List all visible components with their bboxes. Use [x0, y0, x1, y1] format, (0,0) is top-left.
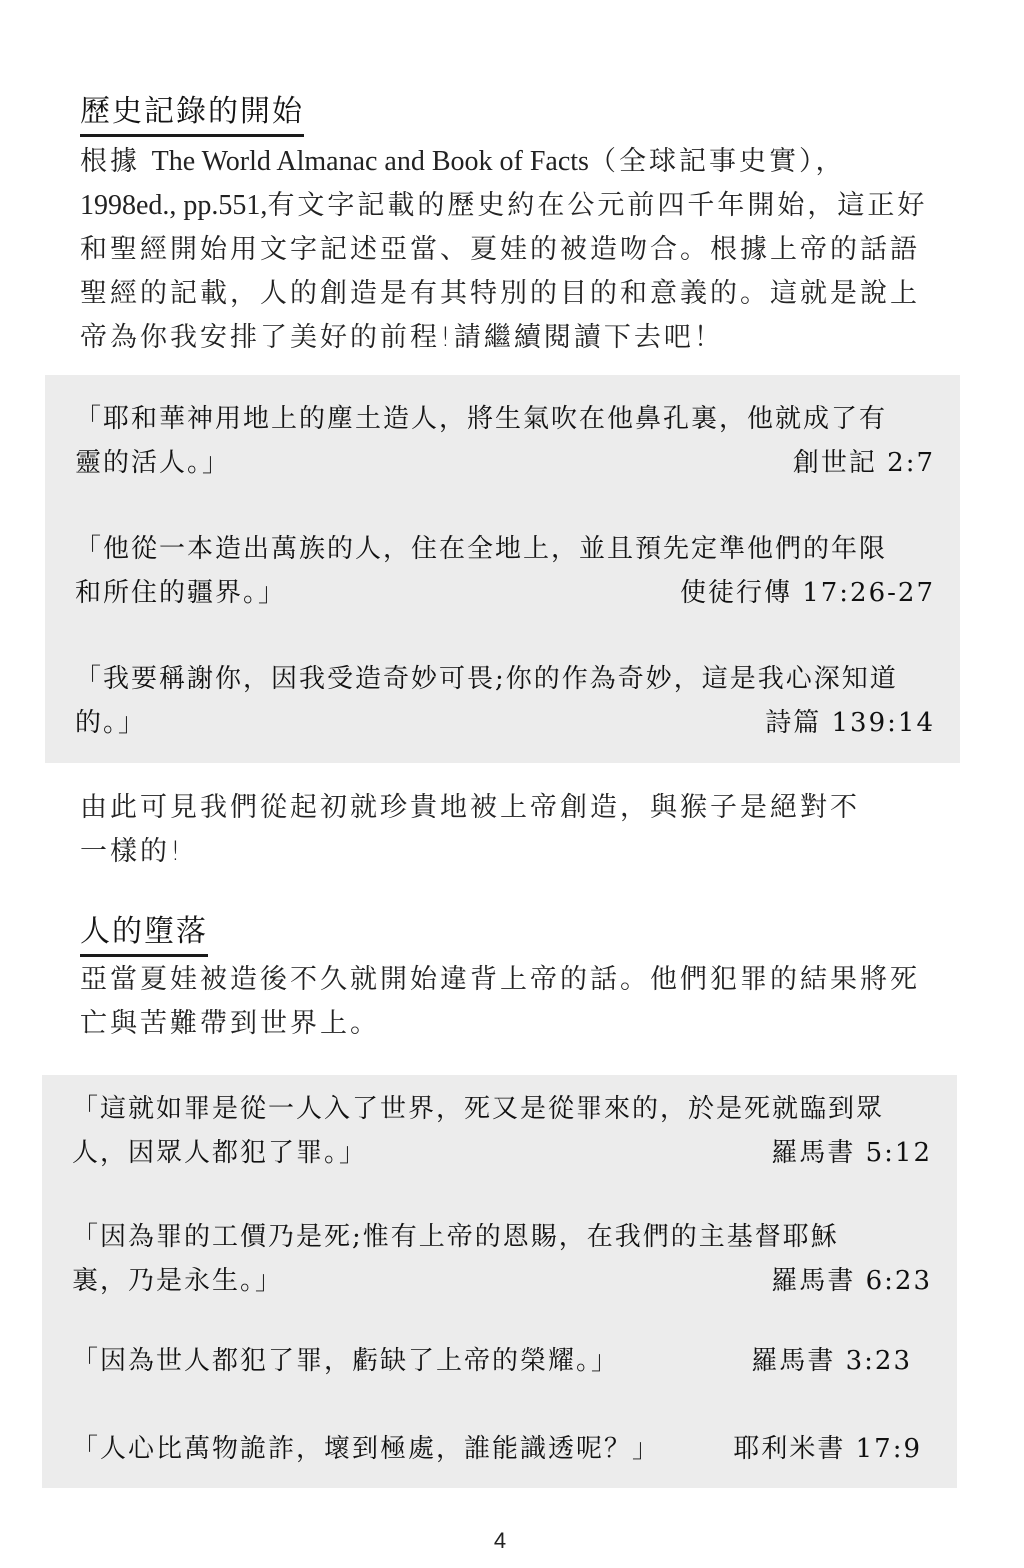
- scripture-quote-box-sin: 「這就如罪是從一人入了世界，死又是從罪來的，於是死就臨到眾 人，因眾人都犯了罪。…: [42, 1075, 957, 1488]
- scripture-reference: 使徒行傳 17:26-27: [680, 571, 935, 615]
- quote-line: 靈的活人。」 創世記 2:7: [75, 441, 935, 485]
- paragraph-line: 聖經的記載，人的創造是有其特別的目的和意義的。這就是說上: [80, 272, 950, 316]
- paragraph-line: 由此可見我們從起初就珍貴地被上帝創造，與猴子是絕對不: [80, 786, 950, 830]
- quote-line: 「因為世人都犯了罪，虧缺了上帝的榮耀。」 羅馬書 3:23: [72, 1339, 932, 1383]
- scripture-quote-psalms: 「我要稱謝你，因我受造奇妙可畏;你的作為奇妙，這是我心深知道 的。」 詩篇 13…: [75, 657, 935, 745]
- quote-line: 裏，乃是永生。」 羅馬書 6:23: [72, 1259, 932, 1303]
- history-paragraph: 根據 The World Almanac and Book of Facts（全…: [80, 140, 950, 360]
- paragraph-line: 亞當夏娃被造後不久就開始違背上帝的話。他們犯罪的結果將死: [80, 958, 950, 1002]
- scripture-reference: 羅馬書 6:23: [771, 1259, 932, 1303]
- quote-line: 「耶和華神用地上的塵土造人，將生氣吹在他鼻孔裏，他就成了有: [75, 397, 935, 441]
- quote-line: 「我要稱謝你，因我受造奇妙可畏;你的作為奇妙，這是我心深知道: [75, 657, 935, 701]
- quote-line: 「因為罪的工價乃是死;惟有上帝的恩賜，在我們的主基督耶穌: [72, 1215, 932, 1259]
- section-heading-fall: 人的墮落: [80, 912, 208, 957]
- quote-line: 「這就如罪是從一人入了世界，死又是從罪來的，於是死就臨到眾: [72, 1087, 932, 1131]
- quote-line: 「人心比萬物詭詐，壞到極處，誰能識透呢？」 耶利米書 17:9: [72, 1427, 932, 1471]
- quote-line: 人，因眾人都犯了罪。」 羅馬書 5:12: [72, 1131, 932, 1175]
- quote-text: 的。」: [75, 708, 146, 738]
- scripture-quote-romans-5-12: 「這就如罪是從一人入了世界，死又是從罪來的，於是死就臨到眾 人，因眾人都犯了罪。…: [72, 1087, 932, 1175]
- page-number: 4: [0, 1528, 1000, 1554]
- scripture-quote-romans-3-23: 「因為世人都犯了罪，虧缺了上帝的榮耀。」 羅馬書 3:23: [72, 1339, 932, 1383]
- paragraph-line: 和聖經開始用文字記述亞當、夏娃的被造吻合。根據上帝的話語: [80, 228, 950, 272]
- paragraph-line: 1998ed., pp.551,有文字記載的歷史約在公元前四千年開始，這正好: [80, 184, 950, 228]
- quote-text: 人，因眾人都犯了罪。」: [72, 1138, 367, 1168]
- section-heading-history: 歷史記錄的開始: [80, 92, 304, 137]
- scripture-quote-genesis: 「耶和華神用地上的塵土造人，將生氣吹在他鼻孔裏，他就成了有 靈的活人。」 創世記…: [75, 397, 935, 485]
- scripture-reference: 羅馬書 5:12: [771, 1131, 932, 1175]
- quote-line: 「他從一本造出萬族的人，住在全地上，並且預先定準他們的年限: [75, 527, 935, 571]
- paragraph-line: 亡與苦難帶到世界上。: [80, 1002, 950, 1046]
- quote-line: 和所住的疆界。」 使徒行傳 17:26-27: [75, 571, 935, 615]
- scripture-quote-romans-6-23: 「因為罪的工價乃是死;惟有上帝的恩賜，在我們的主基督耶穌 裏，乃是永生。」 羅馬…: [72, 1215, 932, 1303]
- scripture-quote-jeremiah: 「人心比萬物詭詐，壞到極處，誰能識透呢？」 耶利米書 17:9: [72, 1427, 932, 1471]
- conclusion-paragraph: 由此可見我們從起初就珍貴地被上帝創造，與猴子是絕對不 一樣的!: [80, 786, 950, 874]
- quote-text: 「人心比萬物詭詐，壞到極處，誰能識透呢？」: [72, 1434, 660, 1464]
- scripture-reference: 羅馬書 3:23: [751, 1339, 912, 1383]
- quote-text: 靈的活人。」: [75, 448, 230, 478]
- scripture-quote-box-creation: 「耶和華神用地上的塵土造人，將生氣吹在他鼻孔裏，他就成了有 靈的活人。」 創世記…: [45, 375, 960, 763]
- citation: 1998ed., pp.551,: [80, 190, 267, 221]
- scripture-reference: 詩篇 139:14: [765, 701, 935, 745]
- quote-text: 裏，乃是永生。」: [72, 1266, 283, 1296]
- scripture-quote-acts: 「他從一本造出萬族的人，住在全地上，並且預先定準他們的年限 和所住的疆界。」 使…: [75, 527, 935, 615]
- quote-text: 和所住的疆界。」: [75, 578, 286, 608]
- paragraph-line: 一樣的!: [80, 830, 950, 874]
- paragraph-line: 帝為你我安排了美好的前程!請繼續閱讀下去吧！: [80, 316, 950, 360]
- book-title: The World Almanac and Book of Facts: [152, 146, 589, 177]
- quote-text: 「因為世人都犯了罪，虧缺了上帝的榮耀。」: [72, 1346, 619, 1376]
- text-segment: 根據: [80, 146, 152, 177]
- scripture-reference: 耶利米書 17:9: [733, 1427, 922, 1471]
- fall-paragraph: 亞當夏娃被造後不久就開始違背上帝的話。他們犯罪的結果將死 亡與苦難帶到世界上。: [80, 958, 950, 1046]
- text-segment: 有文字記載的歷史約在公元前四千年開始，這正好: [267, 190, 927, 221]
- text-segment: （全球記事史實），: [589, 146, 846, 177]
- paragraph-line: 根據 The World Almanac and Book of Facts（全…: [80, 140, 950, 184]
- quote-line: 的。」 詩篇 139:14: [75, 701, 935, 745]
- scripture-reference: 創世記 2:7: [793, 441, 935, 485]
